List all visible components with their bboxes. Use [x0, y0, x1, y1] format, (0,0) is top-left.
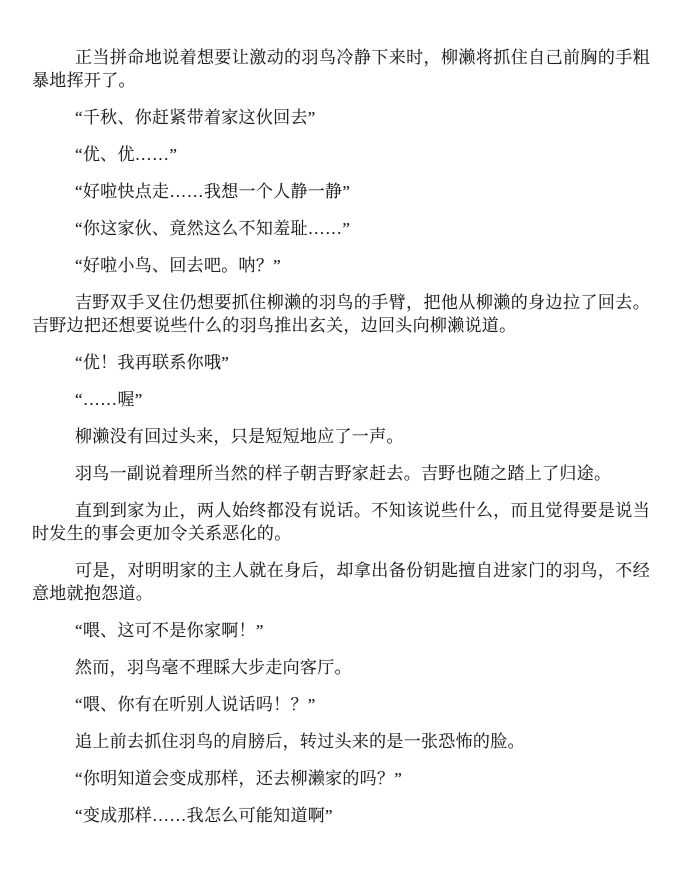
dialogue-line: “好啦快点走……我想一个人静一静” — [32, 180, 650, 203]
dialogue-line: “优、优……” — [32, 143, 650, 166]
paragraph: 柳濑没有回过头来，只是短短地应了一声。 — [32, 425, 650, 448]
dialogue-line: “千秋、你赶紧带着家这伙回去” — [32, 106, 650, 129]
dialogue-line: “你这家伙、竟然这么不知羞耻……” — [32, 217, 650, 240]
paragraph: 直到到家为止，两人始终都没有说话。不知该说些什么，而且觉得要是说当时发生的事会更… — [32, 499, 650, 545]
dialogue-line: “优！我再联系你哦” — [32, 351, 650, 374]
dialogue-line: “……喔” — [32, 388, 650, 411]
document-page: 正当拼命地说着想要让激动的羽鸟冷静下来时，柳濑将抓住自己前胸的手粗暴地挥开了。 … — [0, 0, 680, 880]
paragraph: 羽鸟一副说着理所当然的样子朝吉野家赶去。吉野也随之踏上了归途。 — [32, 462, 650, 485]
paragraph: 可是，对明明家的主人就在身后，却拿出备份钥匙擅自进家门的羽鸟，不经意地就抱怨道。 — [32, 559, 650, 605]
dialogue-line: “好啦小鸟、回去吧。呐？” — [32, 254, 650, 277]
paragraph: 然而，羽鸟毫不理睬大步走向客厅。 — [32, 656, 650, 679]
dialogue-line: “变成那样……我怎么可能知道啊” — [32, 804, 650, 827]
paragraph: 追上前去抓住羽鸟的肩膀后，转过头来的是一张恐怖的脸。 — [32, 730, 650, 753]
dialogue-line: “喂、这可不是你家啊！” — [32, 619, 650, 642]
dialogue-line: “你明知道会变成那样，还去柳濑家的吗？” — [32, 767, 650, 790]
paragraph: 吉野双手叉住仍想要抓住柳濑的羽鸟的手臂，把他从柳濑的身边拉了回去。吉野边把还想要… — [32, 291, 650, 337]
paragraph: 正当拼命地说着想要让激动的羽鸟冷静下来时，柳濑将抓住自己前胸的手粗暴地挥开了。 — [32, 46, 650, 92]
dialogue-line: “喂、你有在听别人说话吗！？” — [32, 693, 650, 716]
